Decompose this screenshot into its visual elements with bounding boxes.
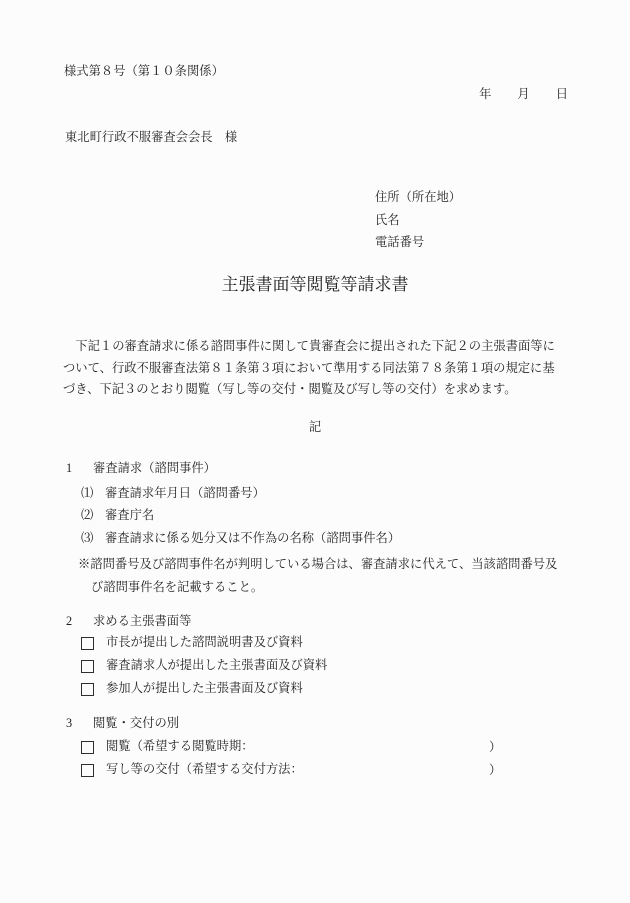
numbered-item: ⑶審査請求に係る処分又は不作為の名称（諮問事件名） (81, 531, 400, 546)
checkbox-row: 市長が提出した諮問説明書及び資料 (81, 635, 303, 651)
name-label: 氏名 (375, 209, 461, 232)
checkbox[interactable] (81, 741, 94, 754)
item-number: ⑶ (81, 531, 105, 546)
numbered-item: ⑴審査請求年月日（諮問番号） (81, 486, 265, 501)
checkbox-row: 参加人が提出した主張書面及び資料 (81, 681, 303, 697)
applicant-block: 住所（所在地） 氏名 電話番号 (375, 186, 461, 254)
section-title: 閲覧・交付の別 (93, 716, 179, 730)
year-label: 年 (479, 87, 491, 102)
checkbox-label: 参加人が提出した主張書面及び資料 (106, 681, 303, 696)
document-title: 主張書面等閲覧等請求書 (0, 274, 630, 295)
section-number: 2 (66, 614, 93, 629)
address-label: 住所（所在地） (375, 186, 461, 209)
section-title: 求める主張書面等 (93, 614, 191, 628)
section-title: 審査請求（諮問事件） (93, 461, 216, 475)
checkbox-label: 写し等の交付（希望する交付方法： (106, 762, 303, 777)
checkbox-row: 閲覧（希望する閲覧時期： ） (81, 739, 254, 755)
item-text: 審査請求年月日（諮問番号） (105, 486, 265, 501)
checkbox-label: 閲覧（希望する閲覧時期： (106, 739, 254, 754)
note-line: び諮問事件名を記載すること。 (91, 576, 557, 599)
close-paren: ） (489, 763, 501, 778)
checkbox[interactable] (81, 660, 94, 673)
section-3-heading: 3閲覧・交付の別 (66, 716, 179, 731)
item-number: ⑴ (81, 486, 105, 501)
date-line: 年 月 日 (479, 87, 568, 102)
phone-label: 電話番号 (375, 231, 461, 254)
section-1-heading: 1審査請求（諮問事件） (66, 461, 216, 476)
note-line: ※諮問番号及び諮問事件名が判明している場合は、審査請求に代えて、当該諮問番号及 (78, 553, 557, 576)
record-heading: 記 (0, 420, 630, 435)
checkbox-label: 市長が提出した諮問説明書及び資料 (106, 635, 303, 650)
note: ※諮問番号及び諮問事件名が判明している場合は、審査請求に代えて、当該諮問番号及 … (78, 553, 557, 598)
recipient-line: 東北町行政不服審査会会長 様 (65, 130, 237, 145)
form-number: 様式第８号（第１０条関係） (64, 64, 224, 79)
item-text: 審査請求に係る処分又は不作為の名称（諮問事件名） (105, 531, 400, 546)
checkbox[interactable] (81, 683, 94, 696)
item-text: 審査庁名 (105, 508, 154, 523)
section-2-heading: 2求める主張書面等 (66, 614, 191, 629)
paragraph-line: ついて、行政不服審査法第８１条第３項において準用する同法第７８条第１項の規定に基 (63, 358, 555, 380)
numbered-item: ⑵審査庁名 (81, 508, 154, 523)
paragraph-line: づき、下記３のとおり閲覧（写し等の交付・閲覧及び写し等の交付）を求めます。 (63, 379, 555, 401)
checkbox[interactable] (81, 764, 94, 777)
section-number: 3 (66, 716, 93, 731)
document-page: 様式第８号（第１０条関係） 年 月 日 東北町行政不服審査会会長 様 住所（所在… (0, 0, 630, 903)
checkbox-row: 写し等の交付（希望する交付方法： ） (81, 762, 303, 778)
checkbox-label: 審査請求人が提出した主張書面及び資料 (106, 658, 327, 673)
body-paragraph: 下記１の審査請求に係る諮問事件に関して貴審査会に提出された下記２の主張書面等に … (63, 336, 555, 401)
close-paren: ） (489, 740, 501, 755)
day-label: 日 (556, 87, 568, 102)
paragraph-line: 下記１の審査請求に係る諮問事件に関して貴審査会に提出された下記２の主張書面等に (63, 336, 555, 358)
checkbox-row: 審査請求人が提出した主張書面及び資料 (81, 658, 327, 674)
item-number: ⑵ (81, 508, 105, 523)
month-label: 月 (517, 87, 529, 102)
checkbox[interactable] (81, 637, 94, 650)
section-number: 1 (66, 461, 93, 476)
